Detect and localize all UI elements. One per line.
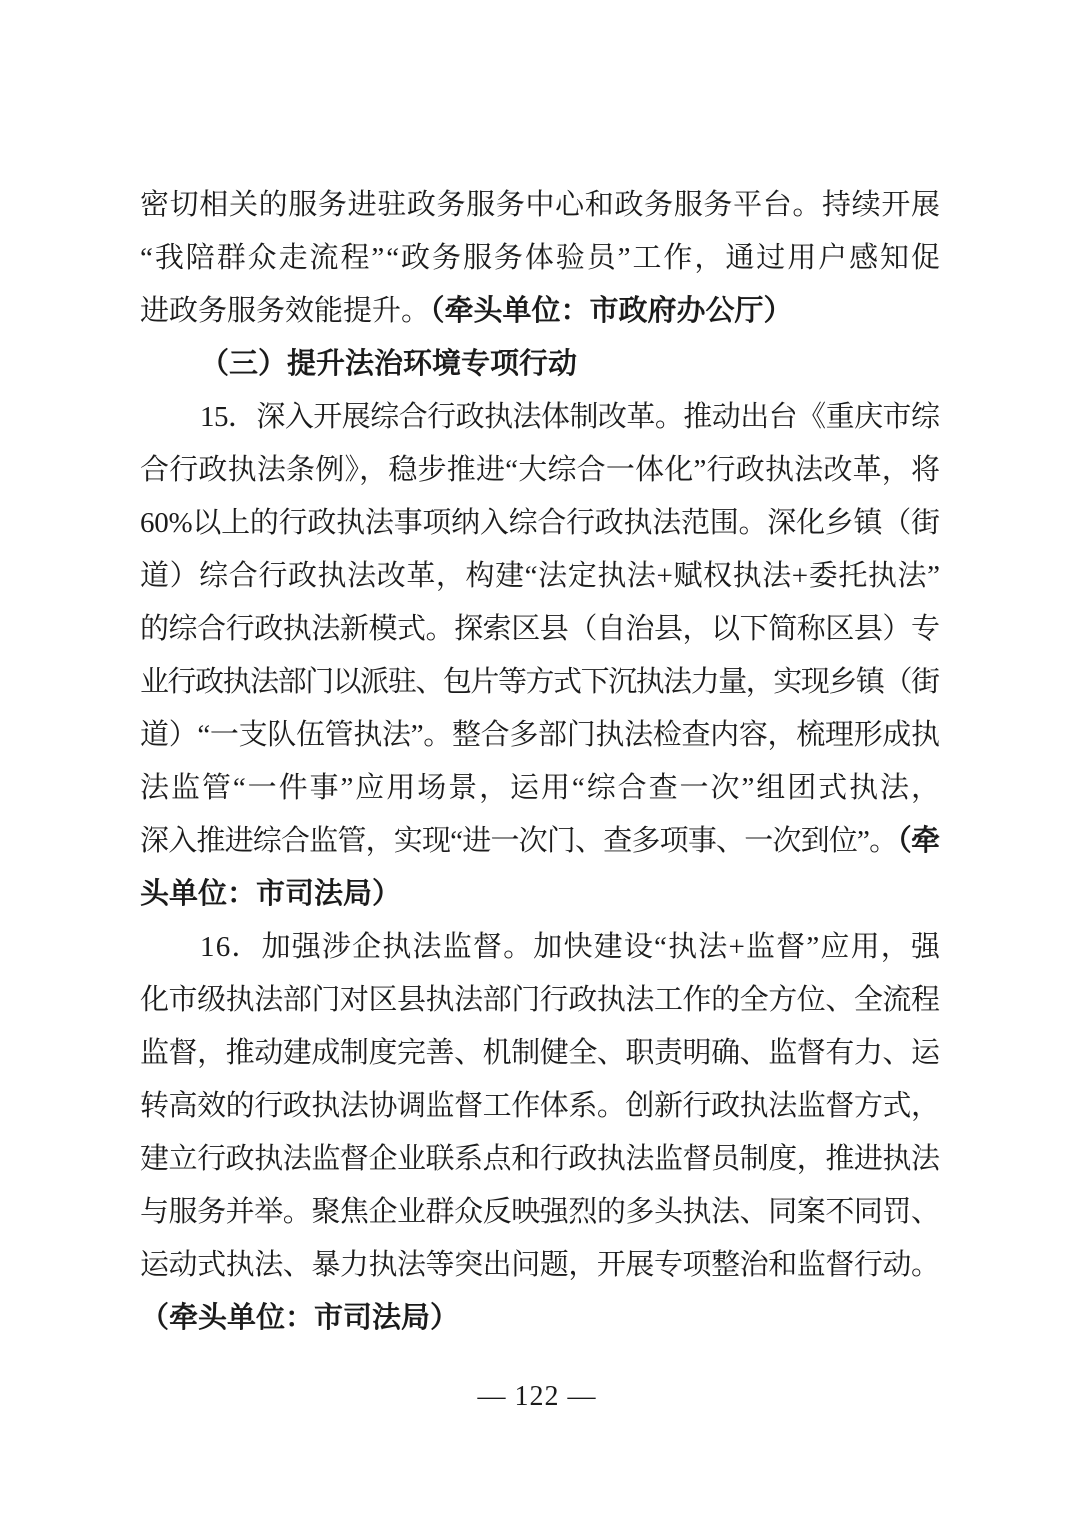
text-segment: 道）“一支队伍管执法”。整合多部门执法检查内容，梳理形成执 (140, 719, 940, 751)
text-line-content: 与服务并举。聚焦企业群众反映强烈的多头执法、同案不同罚、 (140, 1196, 940, 1228)
text-segment: 合行政执法条例》，稳步推进“大综合一体化”行政执法改革，将 (140, 454, 940, 486)
text-segment-emphasis: （牵头单位：市司法局） (140, 1302, 459, 1334)
text-line: 进政务服务效能提升。（牵头单位：市政府办公厅） (140, 285, 940, 338)
page-footer: — 122 — (0, 1381, 1074, 1413)
text-line-content: 运动式执法、暴力执法等突出问题，开展专项整治和监督行动。 (140, 1249, 940, 1281)
text-line: 道）“一支队伍管执法”。整合多部门执法检查内容，梳理形成执 (140, 709, 940, 762)
text-line-content: 头单位：市司法局） (140, 878, 401, 910)
text-segment-emphasis: （三）提升法治环境专项行动 (200, 348, 577, 380)
text-segment: 密切相关的服务进驻政务服务中心和政务服务平台。持续开展 (140, 189, 941, 221)
text-line: 的综合行政执法新模式。探索区县（自治县，以下简称区县）专 (140, 603, 940, 656)
text-segment: “我陪群众走流程”“政务服务体验员”工作，通过用户感知促 (140, 242, 942, 274)
text-line: 监督，推动建成制度完善、机制健全、职责明确、监督有力、运 (140, 1027, 940, 1080)
text-segment: 业行政执法部门以派驻、包片等方式下沉执法力量，实现乡镇（街 (140, 666, 939, 698)
para-item-16: 16．加强涉企执法监督。加快建设“执法+监督”应用，强化市级执法部门对区县执法部… (140, 921, 940, 1345)
text-segment: 与服务并举。聚焦企业群众反映强烈的多头执法、同案不同罚、 (140, 1196, 940, 1228)
text-segment: 的综合行政执法新模式。探索区县（自治县，以下简称区县）专 (140, 613, 940, 645)
text-line: 深入推进综合监管，实现“进一次门、查多项事、一次到位”。（牵 (140, 815, 940, 868)
text-line: 与服务并举。聚焦企业群众反映强烈的多头执法、同案不同罚、 (140, 1186, 940, 1239)
text-line: 业行政执法部门以派驻、包片等方式下沉执法力量，实现乡镇（街 (140, 656, 940, 709)
text-line: 道）综合行政执法改革，构建“法定执法+赋权执法+委托执法” (140, 550, 940, 603)
text-line: 化市级执法部门对区县执法部门行政执法工作的全方位、全流程 (140, 974, 940, 1027)
text-segment: 道）综合行政执法改革，构建“法定执法+赋权执法+委托执法” (140, 560, 941, 592)
text-line-content: 转高效的行政执法协调监督工作体系。创新行政执法监督方式， (140, 1090, 940, 1122)
text-segment: 法监管“一件事”应用场景，运用“综合查一次”组团式执法， (140, 772, 942, 804)
text-segment: 建立行政执法监督企业联系点和行政执法监督员制度，推进执法 (140, 1143, 940, 1175)
text-line-content: 深入推进综合监管，实现“进一次门、查多项事、一次到位”。（牵 (140, 825, 939, 857)
text-line-content: （三）提升法治环境专项行动 (200, 348, 577, 380)
para-item-15: 15．深入开展综合行政执法体制改革。推动出台《重庆市综合行政执法条例》，稳步推进… (140, 391, 940, 921)
text-line-content: “我陪群众走流程”“政务服务体验员”工作，通过用户感知促 (140, 242, 942, 274)
text-segment-emphasis: （牵 (897, 825, 939, 857)
text-line-content: 60%以上的行政执法事项纳入综合行政执法范围。深化乡镇（街 (140, 507, 940, 539)
heading-section-3: （三）提升法治环境专项行动 (140, 338, 940, 391)
text-line-content: 法监管“一件事”应用场景，运用“综合查一次”组团式执法， (140, 772, 942, 804)
document-page: 密切相关的服务进驻政务服务中心和政务服务平台。持续开展“我陪群众走流程”“政务服… (0, 0, 1074, 1520)
text-line-content: 进政务服务效能提升。（牵头单位：市政府办公厅） (140, 295, 793, 327)
text-line: 头单位：市司法局） (140, 868, 940, 921)
text-line: 16．加强涉企执法监督。加快建设“执法+监督”应用，强 (140, 921, 940, 974)
text-line-content: 的综合行政执法新模式。探索区县（自治县，以下简称区县）专 (140, 613, 940, 645)
text-line-content: 化市级执法部门对区县执法部门行政执法工作的全方位、全流程 (140, 984, 940, 1016)
text-line: 密切相关的服务进驻政务服务中心和政务服务平台。持续开展 (140, 179, 940, 232)
para-continuation-item14: 密切相关的服务进驻政务服务中心和政务服务平台。持续开展“我陪群众走流程”“政务服… (140, 179, 940, 338)
text-line: “我陪群众走流程”“政务服务体验员”工作，通过用户感知促 (140, 232, 940, 285)
text-line: 15．深入开展综合行政执法体制改革。推动出台《重庆市综 (140, 391, 940, 444)
text-line-content: 合行政执法条例》，稳步推进“大综合一体化”行政执法改革，将 (140, 454, 940, 486)
text-line-content: 建立行政执法监督企业联系点和行政执法监督员制度，推进执法 (140, 1143, 940, 1175)
text-segment: 深入推进综合监管，实现“进一次门、查多项事、一次到位”。 (140, 825, 897, 857)
text-line-content: 道）综合行政执法改革，构建“法定执法+赋权执法+委托执法” (140, 560, 941, 592)
text-line: （三）提升法治环境专项行动 (140, 338, 940, 391)
text-segment: 进政务服务效能提升。 (140, 295, 430, 327)
text-line-content: 16．加强涉企执法监督。加快建设“执法+监督”应用，强 (200, 931, 941, 963)
text-line-content: 业行政执法部门以派驻、包片等方式下沉执法力量，实现乡镇（街 (140, 666, 939, 698)
text-line-content: （牵头单位：市司法局） (140, 1302, 459, 1334)
text-line: 法监管“一件事”应用场景，运用“综合查一次”组团式执法， (140, 762, 940, 815)
text-line-content: 15．深入开展综合行政执法体制改革。推动出台《重庆市综 (200, 401, 939, 433)
text-segment: 15．深入开展综合行政执法体制改革。推动出台《重庆市综 (200, 401, 939, 433)
text-segment: 60%以上的行政执法事项纳入综合行政执法范围。深化乡镇（街 (140, 507, 940, 539)
text-line: （牵头单位：市司法局） (140, 1292, 940, 1345)
text-line: 建立行政执法监督企业联系点和行政执法监督员制度，推进执法 (140, 1133, 940, 1186)
text-line: 60%以上的行政执法事项纳入综合行政执法范围。深化乡镇（街 (140, 497, 940, 550)
text-line: 运动式执法、暴力执法等突出问题，开展专项整治和监督行动。 (140, 1239, 940, 1292)
text-segment: 16．加强涉企执法监督。加快建设“执法+监督”应用，强 (200, 931, 941, 963)
text-segment-emphasis: 头单位：市司法局） (140, 878, 401, 910)
text-segment: 运动式执法、暴力执法等突出问题，开展专项整治和监督行动。 (140, 1249, 940, 1281)
text-segment: 转高效的行政执法协调监督工作体系。创新行政执法监督方式， (140, 1090, 940, 1122)
text-segment: 监督，推动建成制度完善、机制健全、职责明确、监督有力、运 (140, 1037, 940, 1069)
text-line-content: 监督，推动建成制度完善、机制健全、职责明确、监督有力、运 (140, 1037, 940, 1069)
text-line-content: 密切相关的服务进驻政务服务中心和政务服务平台。持续开展 (140, 189, 941, 221)
page-number: — 122 — (478, 1381, 597, 1412)
text-line-content: 道）“一支队伍管执法”。整合多部门执法检查内容，梳理形成执 (140, 719, 940, 751)
text-line: 合行政执法条例》，稳步推进“大综合一体化”行政执法改革，将 (140, 444, 940, 497)
text-segment: 化市级执法部门对区县执法部门行政执法工作的全方位、全流程 (140, 984, 940, 1016)
text-segment-emphasis: （牵头单位：市政府办公厅） (430, 295, 793, 327)
text-block: 密切相关的服务进驻政务服务中心和政务服务平台。持续开展“我陪群众走流程”“政务服… (140, 179, 940, 1345)
text-line: 转高效的行政执法协调监督工作体系。创新行政执法监督方式， (140, 1080, 940, 1133)
